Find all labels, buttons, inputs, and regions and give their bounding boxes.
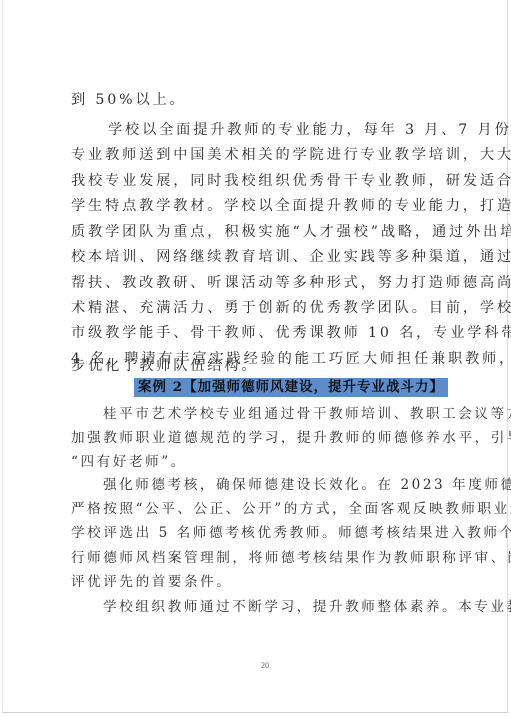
page-number: 20: [261, 661, 269, 670]
paragraph-line: “四有好老师”。: [71, 452, 447, 472]
paragraph-line: 帮扶、教改教研、听课活动等多种形式，努力打造师德高尚、技: [71, 273, 447, 293]
paragraph-line: 加强教师职业道德规范的学习，提升教师的师德修养水平，引导教师争做: [71, 428, 447, 448]
paragraph-line: 行师德师风档案管理制，将师德考核结果作为教师职称评审、岗位聘用、: [71, 548, 447, 568]
paragraph-line: 学校以全面提升教师的专业能力，每年 3 月、7 月份将艺术: [71, 120, 447, 140]
paragraph-line: 学校组织教师通过不断学习，提升教师整体素养。本专业教师积极抓: [71, 597, 447, 617]
paragraph-line: 校本培训、网络继续教育培训、企业实践等多种渠道，通过结对: [71, 247, 447, 267]
document-page: 到 50%以上。 学校以全面提升教师的专业能力，每年 3 月、7 月份将艺术 专…: [2, 0, 508, 713]
paragraph-line: 我校专业发展，同时我校组织优秀骨干专业教师，研发适合本校: [71, 171, 447, 191]
paragraph-line: 步优化了教师队伍结构。: [71, 356, 447, 376]
paragraph-line: 到 50%以上。: [71, 90, 447, 110]
paragraph-line: 评优评先的首要条件。: [71, 572, 447, 592]
paragraph-line: 学校评选出 5 名师德考核优秀教师。师德考核结果进入教师个人档案，实: [71, 523, 447, 543]
case-heading: 案例 2【加强师德师风建设，提升专业战斗力】: [134, 378, 448, 397]
paragraph-line: 术精湛、充满活力、勇于创新的优秀教学团队。目前，学校拥有: [71, 298, 447, 318]
paragraph-line: 学生特点教学教材。学校以全面提升教师的专业能力，打造高素: [71, 196, 447, 216]
paragraph-line: 桂平市艺术学校专业组通过骨干教师培训、教职工会议等方式，切实: [71, 404, 447, 424]
paragraph-line: 市级教学能手、骨干教师、优秀课教师 10 名，专业学科带头人: [71, 323, 447, 343]
paragraph-line: 质教学团队为重点，积极实施“人才强校”战略，通过外出培训、: [71, 222, 447, 242]
paragraph-line: 专业教师送到中国美术相关的学院进行专业教学培训，大大提高: [71, 145, 447, 165]
paragraph-line: 严格按照“公平、公正、公开”的方式，全面客观反映教师职业道德素养，: [71, 499, 447, 519]
paragraph-line: 强化师德考核，确保师德建设长效化。在 2023 年度师德考核工作中，: [71, 475, 447, 495]
